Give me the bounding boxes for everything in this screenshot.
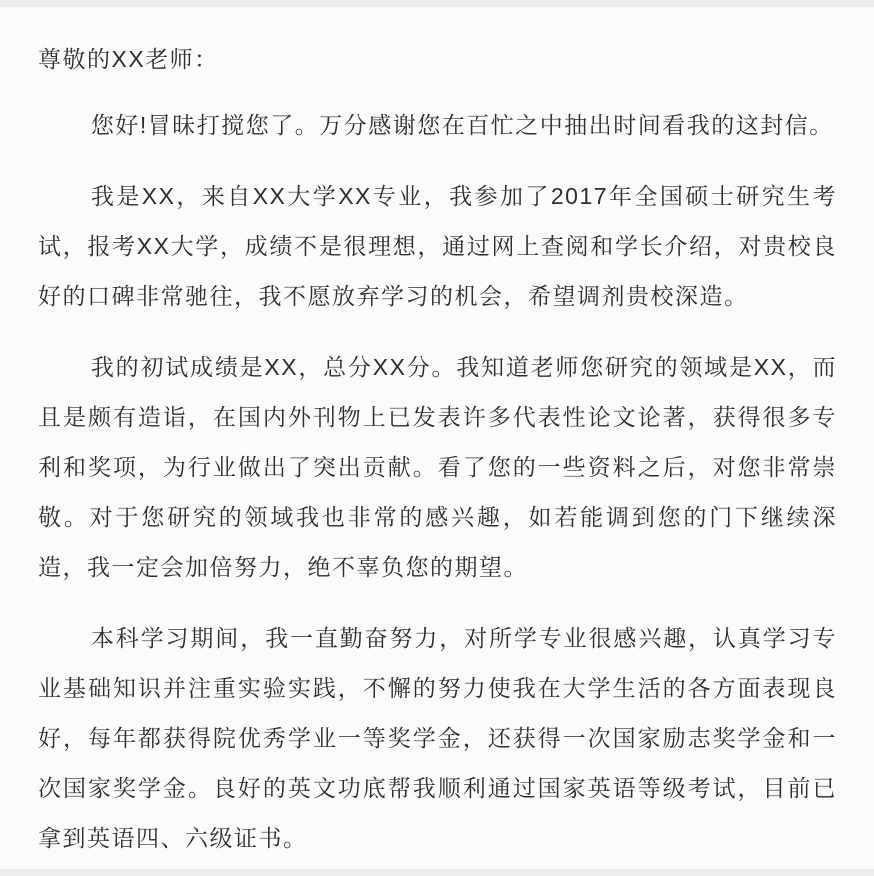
letter-body: 尊敬的XX老师： 您好!冒昧打搅您了。万分感谢您在百忙之中抽出时间看我的这封信。…: [38, 34, 837, 863]
letter-salutation: 尊敬的XX老师：: [38, 34, 837, 84]
letter-paragraph-scores-and-admiration: 我的初试成绩是XX，总分XX分。我知道老师您研究的领域是XX，而且是颇有造诣，在…: [38, 342, 837, 592]
letter-page: 尊敬的XX老师： 您好!冒昧打搅您了。万分感谢您在百忙之中抽出时间看我的这封信。…: [0, 0, 874, 876]
top-edge-bar: [0, 0, 874, 7]
bottom-edge-bar: [0, 869, 874, 876]
letter-paragraph-introduction: 我是XX，来自XX大学XX专业，我参加了2017年全国硕士研究生考试，报考XX大…: [38, 171, 837, 321]
letter-paragraph-greeting: 您好!冒昧打搅您了。万分感谢您在百忙之中抽出时间看我的这封信。: [38, 100, 837, 150]
letter-paragraph-undergraduate-achievements: 本科学习期间，我一直勤奋努力，对所学专业很感兴趣，认真学习专业基础知识并注重实验…: [38, 613, 837, 863]
